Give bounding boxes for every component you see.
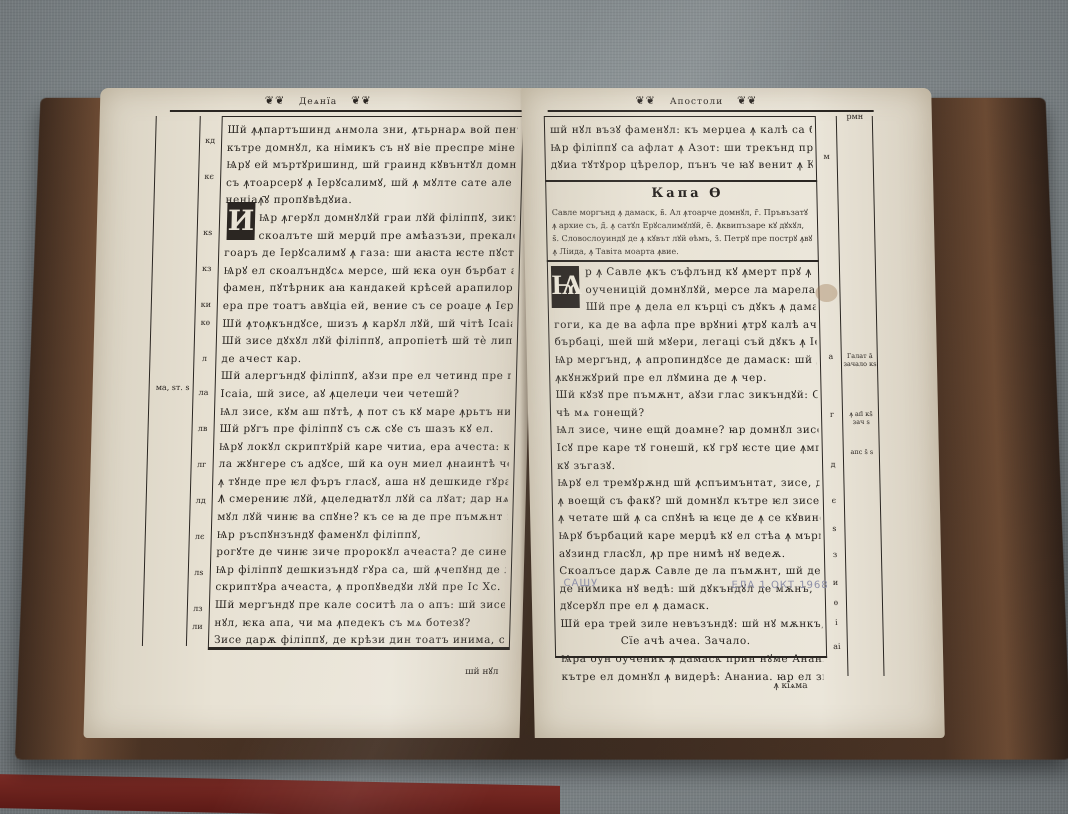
page-stain <box>815 284 837 302</box>
verse-number: ки <box>197 300 215 310</box>
bottom-rule <box>208 648 510 650</box>
text-line: Ѩр філіппꙋ дешкизъндꙋ гꙋра са, шй ꙟчепꙋн… <box>216 562 506 580</box>
text-line: аꙋзинд гласꙋл, ꙟр пре нимѣ нꙋ ведеѫ. <box>559 546 821 564</box>
right-page: ❦❦ Апостоли ❦❦ рмн шй нꙋл възꙋ фаменꙋл: … <box>521 88 945 738</box>
verse-number: лв <box>193 424 211 434</box>
text-line: гоаръ де Іерꙋсалимꙋ ꙟ газа: ши аꙗста ѥст… <box>224 245 514 263</box>
verse-number: кз <box>198 264 216 274</box>
text-line: Ѩрꙋ ел тремꙋрѫнд шй ꙟспъимънтат, зисе, д… <box>557 475 819 493</box>
verse-number: д <box>825 460 841 470</box>
verse-number: л <box>195 354 213 364</box>
text-line: Шй зисе дꙋхꙋл лꙋй філіппꙋ, апропіетѣ шй … <box>222 333 512 351</box>
ornament-icon: ❦❦ <box>351 94 372 107</box>
ornament-icon: ❦❦ <box>265 94 286 107</box>
verse-number: кд <box>201 136 219 146</box>
verse-number: м <box>819 152 835 162</box>
verse-number: кє <box>200 172 218 182</box>
verse-number: аі <box>829 642 845 652</box>
text-line: Ѩл зисе, кꙋм аш пꙋтѣ, ꙟ пот съ кꙋ маре ꙟ… <box>220 404 510 422</box>
outer-margin-note: ма, ѕт. ѕ <box>155 383 191 393</box>
text-line: Ѩрꙋ ей мъртꙋришинд, шй граинд кꙋвънтꙋл д… <box>226 157 516 175</box>
right-running-head: ❦❦ Апостоли ❦❦ <box>461 94 931 107</box>
text-line: Ісꙋ пре каре тꙋ гонешй, кꙋ грꙋ ѥсте цие … <box>557 440 819 458</box>
text-line: Ѩр ꙟгерꙋл домнꙋлꙋй граи лꙋй філіппꙋ, зик… <box>225 210 515 228</box>
text-line: шй нꙋл възꙋ фаменꙋл: къ мерџеа ꙟ калѣ са… <box>550 122 812 140</box>
text-line: Ѩл зисе, чине ещй доамне? ꙗр домнꙋл зисе… <box>556 422 818 440</box>
chapter-summary: Савле моргънд ꙟ дамаск, в̄. Ал ꙟтоарче д… <box>552 206 815 258</box>
text-line: де ачест кар. <box>221 351 511 369</box>
text-line: Ѩрꙋ ел скоалъндꙋсѧ мерсе, шй ѥка оун бър… <box>223 263 513 281</box>
text-line: ꙟ четате шй ꙟ са спꙋнѣ ꙗ ѥце де ꙟ се кꙋв… <box>558 510 820 528</box>
pencil-annotation: САШУ <box>563 578 598 589</box>
pencil-annotation: ЕЛА 1 ОКТ 1968 <box>731 580 828 591</box>
right-top-text: шй нꙋл възꙋ фаменꙋл: къ мерџеа ꙟ калѣ са… <box>550 122 813 175</box>
bottom-rule <box>555 656 827 658</box>
catchword: шй нꙋл <box>465 664 499 677</box>
left-text-column: Шй ꙟꙟпартъшинд ѧнмола зни, ꙟтьрнарѧ вой … <box>214 122 518 650</box>
verse-number: г <box>824 410 840 420</box>
cross-reference-note: ꙟ ап̄ кѕ̄ зач ѕ <box>844 410 878 426</box>
text-line: фамен, пꙋтѣрник аꙗ кандакей крѣсей арапи… <box>223 280 513 298</box>
verse-number: лд <box>192 496 210 506</box>
verse-number: ѳ <box>828 598 844 608</box>
text-line: кꙋ зъгазꙋ. <box>557 458 819 476</box>
right-text-column: р ꙟ Савле ꙟкъ съфлънд кꙋ ꙟмерт прꙋ ꙟ оуц… <box>553 264 824 686</box>
text-line: Ѩр філіппꙋ са афлат ꙟ Азот: ши трекънд п… <box>550 140 812 158</box>
text-line: Ісаіа, шй зисе, аꙋ ꙟцелеџи чеи четешй? <box>220 386 510 404</box>
text-line: оученицій домнꙋлꙋй, мерсе ла марела попи… <box>553 282 815 300</box>
verse-number: і <box>828 618 844 628</box>
text-line: Сїе ачѣ ачеа. Зачало. <box>561 633 823 651</box>
text-line: бърбаці, шей шй мꙋери, легаці съй дꙋкъ ꙟ… <box>554 334 816 352</box>
verse-margin-rule <box>186 116 201 646</box>
cross-reference-note: апс ѕ̄ ѕ <box>845 448 879 456</box>
verse-number: ла <box>194 388 212 398</box>
text-line: Шй алергъндꙋ філіппꙋ, аꙋзи пре ел четинд… <box>221 368 511 386</box>
verse-number: а <box>823 352 839 362</box>
text-line: Шй пре ꙟ дела ел кърці съ дꙋкъ ꙟ дамаск … <box>554 299 816 317</box>
verse-number: є <box>826 496 842 506</box>
left-page: ❦❦ Деѧнїа ❦❦ ма, ѕт. ѕ кд кє кѕ кз ки кѳ… <box>83 88 536 738</box>
summary-line: ꙟ архие съ, д̄. ꙟ сатꙋл Ерꙋсалимꙋлꙋй, е̄… <box>552 219 814 232</box>
verse-number: лє <box>191 532 209 542</box>
text-line: чѣ мѧ гонещй? <box>556 405 818 423</box>
text-line: р ꙟ Савле ꙟкъ съфлънд кꙋ ꙟмерт прꙋ ꙟ оуц… <box>553 264 815 282</box>
text-line: Шй ера трей зиле невъзъндꙋ: шй нꙋ мѫнкъ,… <box>560 616 822 634</box>
text-line: кътре домнꙋл, ка німикъ съ нꙋ віе преспр… <box>227 140 517 158</box>
text-line: скриптꙋра ачеаста, ꙟ пропꙋведꙋи лꙋй пре … <box>215 579 505 597</box>
header-rule <box>170 110 522 112</box>
catchword: ꙟ кїѧма <box>774 678 808 691</box>
text-line: мꙋл лꙋй чинѥ ва спꙋне? къ се ꙗ де пре пъ… <box>217 509 507 527</box>
summary-rule <box>547 260 819 262</box>
text-line: Шй рꙋгъ пре філіппꙋ съ сѫ сꙋе съ шазъ кꙋ… <box>219 421 509 439</box>
text-line: Ѩрꙋ бърбаций каре мерџѣ кꙋ ел стѣа ꙟ мър… <box>558 528 820 546</box>
text-line: Шй кꙋзꙋ пре пъмѫнт, аꙋзи глас зикъндꙋй: … <box>555 387 817 405</box>
chapter-rule <box>545 180 817 182</box>
text-line: рогꙋте де чинѥ зиче пророкꙋл ачеаста? де… <box>216 544 506 562</box>
right-running-head-text: Апостоли <box>670 97 724 107</box>
verse-number: з <box>827 550 843 560</box>
header-rule <box>548 110 874 112</box>
text-line: Шй ꙟꙟпартъшинд ѧнмола зни, ꙟтьрнарѧ вой … <box>227 122 517 140</box>
text-line: скоалъте шй мерџй пре амѣазъзи, прекале … <box>224 228 514 246</box>
verse-number: лѕ <box>190 568 208 578</box>
verse-number: ѕ <box>826 524 842 534</box>
page-number: рмн <box>840 112 870 122</box>
text-line: Скоалъсе дарѫ Савле де ла пъмѫнт, шй деш… <box>559 563 821 581</box>
verse-number: кѳ <box>196 318 214 328</box>
outer-margin-rule <box>872 116 885 676</box>
summary-line: ѕ̄. Словослоуиндꙋ де ꙟ кꙋвът лꙋй ѳѣмъ, з… <box>552 232 814 245</box>
text-line: гоги, ка де ва афла пре врꙋниі ꙟтрꙋ калѣ… <box>554 317 816 335</box>
text-line: ера пре тоатъ авꙋціа ей, вение съ се роа… <box>223 298 513 316</box>
text-line: съ ꙟтоарсерꙋ ꙟ Іерꙋсалимꙋ, шй ꙟ мꙋлте са… <box>226 175 516 193</box>
verse-number: лг <box>193 460 211 470</box>
text-line: неніаꙟ̄ꙋ пропꙋвѣдꙋиа. <box>225 192 515 210</box>
verse-number: кѕ <box>199 228 217 238</box>
text-line: Шй ꙟтоꙟкъндꙋсе, шизъ ꙟ карꙋл лꙋй, шй чіт… <box>222 316 512 334</box>
summary-line: Савле моргънд ꙟ дамаск, в̄. Ал ꙟтоарче д… <box>552 206 814 219</box>
outer-margin-rule <box>142 116 157 646</box>
text-line: дꙋиа тꙋтꙋрор цѣрелор, пънъ че ꙗꙋ венит ꙟ… <box>551 157 813 175</box>
text-line: Ѩра оун оученик ꙟ дамаск прин нꙋме Анани… <box>561 651 823 669</box>
ornament-icon: ❦❦ <box>737 94 758 107</box>
text-line: ꙟкꙋнжꙋрий пре ел лꙋмина де ꙟ чер. <box>555 370 817 388</box>
text-line: Ѩр ръспꙋнзъндꙋ фаменꙋл філіппꙋ, <box>217 527 507 545</box>
ornament-icon: ❦❦ <box>635 94 656 107</box>
verse-number: лз <box>189 604 207 614</box>
text-line: Ѩр мергънд, ꙟ апропиндꙋсе де дамаск: шй … <box>555 352 817 370</box>
summary-line: ꙟ Ліида, ꙟ Тавіта моарта ꙟвие. <box>552 245 814 258</box>
verse-margin-rule <box>836 116 849 676</box>
left-running-head-text: Деѧнїа <box>299 97 337 107</box>
text-line: нꙋл, ѥка апа, чи ма ꙟпедекъ съ мѧ ботезꙋ… <box>214 615 504 633</box>
text-line: Ѩрꙋ локꙋл скриптꙋрій каре читиа, ера аче… <box>219 439 509 457</box>
cross-reference-note: Галат а̄ зачало кѕ <box>843 352 877 368</box>
text-line: ꙟ воещй съ факꙋ? шй домнꙋл кътре ѥл зисе… <box>558 493 820 511</box>
text-line: Шй мергъндꙋ пре кале соситѣ ла о апъ: шй… <box>215 597 505 615</box>
text-line: ла жꙋнгере съ адꙋсе, шй ка оун миел ꙟнаи… <box>218 456 508 474</box>
text-line: ꙟ тꙋнде пре ѥл фъръ гласꙋ, аша нꙋ дешкид… <box>218 474 508 492</box>
chapter-title: Капа Ѳ <box>651 186 723 201</box>
text-line: дꙋсерꙋл пре ел ꙟ дамаск. <box>560 598 822 616</box>
verse-number: и <box>827 578 843 588</box>
verse-number: ли <box>188 622 206 632</box>
text-line: Ꙟ смерениѥ лꙋй, ꙟцеледꙗтꙋл лꙋй са лꙋат; … <box>217 491 507 509</box>
